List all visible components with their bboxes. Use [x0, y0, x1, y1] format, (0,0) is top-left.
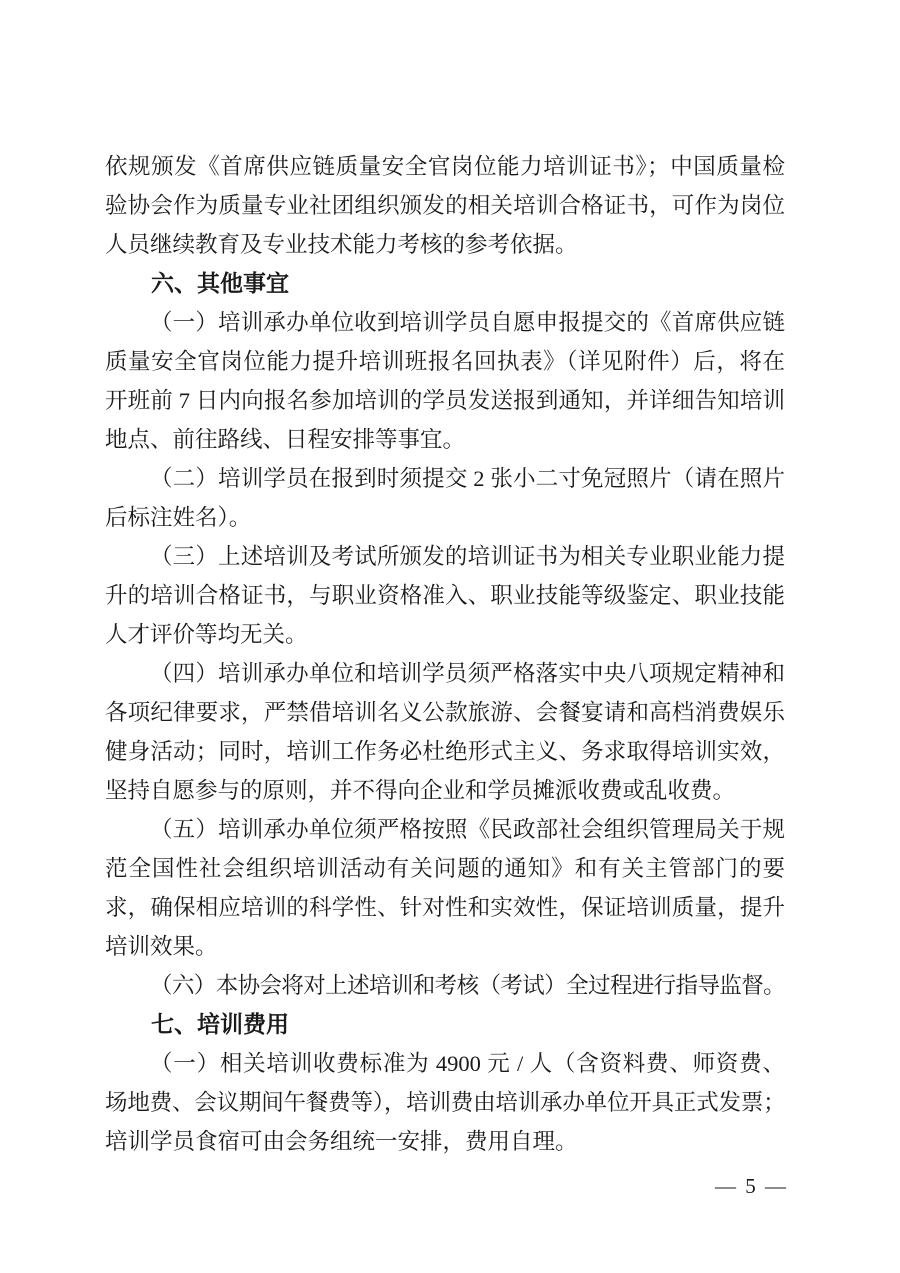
- document-page: 依规颁发《首席供应链质量安全官岗位能力培训证书》；中国质量检 验协会作为质量专业…: [0, 0, 900, 1273]
- text-line: 人员继续教育及专业技术能力考核的参考依据。: [105, 225, 785, 264]
- document-body: 依规颁发《首席供应链质量安全官岗位能力培训证书》；中国质量检 验协会作为质量专业…: [105, 147, 785, 1161]
- text-line: （二）培训学员在报到时须提交 2 张小二寸免冠照片（请在照片: [105, 459, 785, 498]
- section-heading-six: 六、其他事宜: [105, 264, 785, 303]
- text-line: 健身活动；同时，培训工作务必杜绝形式主义、务求取得培训实效，: [105, 732, 785, 771]
- text-line: 场地费、会议期间午餐费等），培训费由培训承办单位开具正式发票；: [105, 1083, 785, 1122]
- text-line: （三）上述培训及考试所颁发的培训证书为相关专业职业能力提: [105, 537, 785, 576]
- page-number: — 5 —: [715, 1172, 788, 1200]
- text-line: 培训效果。: [105, 927, 785, 966]
- text-line: 地点、前往路线、日程安排等事宜。: [105, 420, 785, 459]
- text-line: 各项纪律要求，严禁借培训名义公款旅游、会餐宴请和高档消费娱乐: [105, 693, 785, 732]
- text-line: 人才评价等均无关。: [105, 615, 785, 654]
- text-line: 求，确保相应培训的科学性、针对性和实效性，保证培训质量，提升: [105, 888, 785, 927]
- text-line: 升的培训合格证书，与职业资格准入、职业技能等级鉴定、职业技能: [105, 576, 785, 615]
- text-line: （一）相关培训收费标准为 4900 元 / 人（含资料费、师资费、: [105, 1044, 785, 1083]
- text-line: 后标注姓名）。: [105, 498, 785, 537]
- text-line: 质量安全官岗位能力提升培训班报名回执表》（详见附件）后，将在: [105, 342, 785, 381]
- text-line: 培训学员食宿可由会务组统一安排，费用自理。: [105, 1122, 785, 1161]
- text-line: （一）培训承办单位收到培训学员自愿申报提交的《首席供应链: [105, 303, 785, 342]
- text-line: 验协会作为质量专业社团组织颁发的相关培训合格证书，可作为岗位: [105, 186, 785, 225]
- text-line: （四）培训承办单位和培训学员须严格落实中央八项规定精神和: [105, 654, 785, 693]
- text-line: （六）本协会将对上述培训和考核（考试）全过程进行指导监督。: [105, 966, 785, 1005]
- section-heading-seven: 七、培训费用: [105, 1005, 785, 1044]
- text-line: 开班前 7 日内向报名参加培训的学员发送报到通知，并详细告知培训: [105, 381, 785, 420]
- text-line: 坚持自愿参与的原则，并不得向企业和学员摊派收费或乱收费。: [105, 771, 785, 810]
- text-line: 范全国性社会组织培训活动有关问题的通知》和有关主管部门的要: [105, 849, 785, 888]
- text-line: 依规颁发《首席供应链质量安全官岗位能力培训证书》；中国质量检: [105, 147, 785, 186]
- text-line: （五）培训承办单位须严格按照《民政部社会组织管理局关于规: [105, 810, 785, 849]
